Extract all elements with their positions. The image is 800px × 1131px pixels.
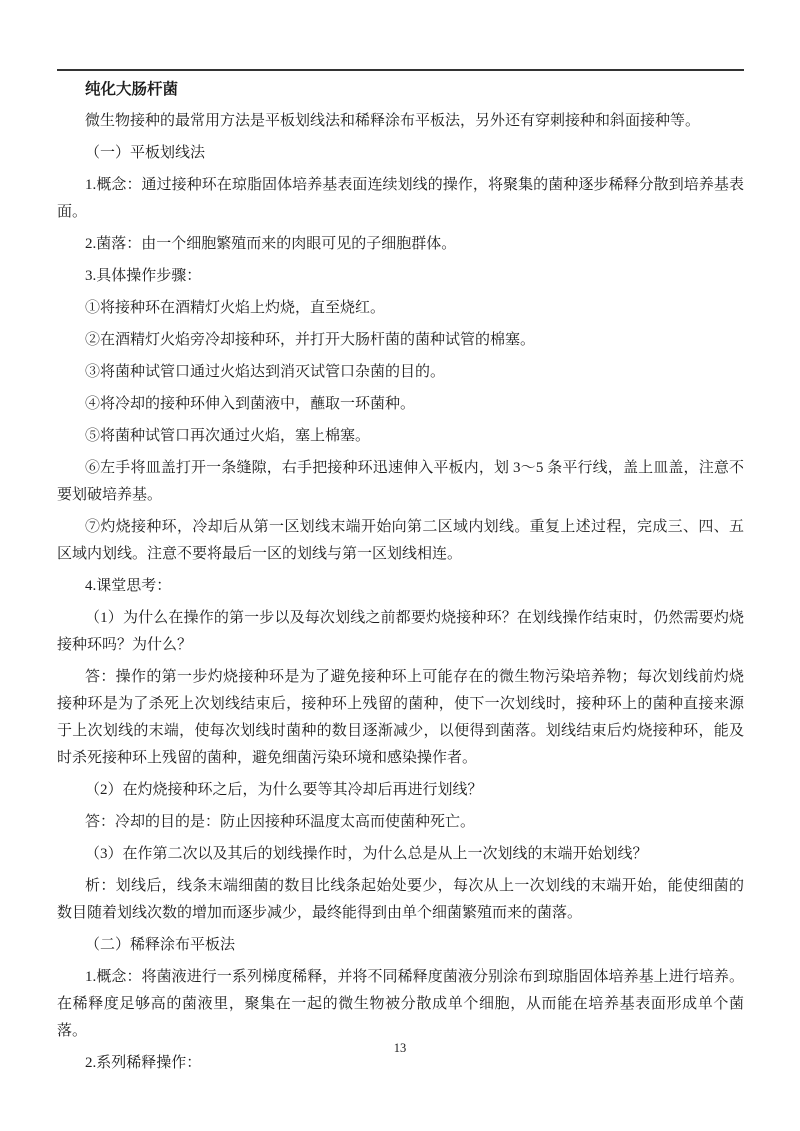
paragraph: 答：操作的第一步灼烧接种环是为了避免接种环上可能存在的微生物污染培养物；每次划线… xyxy=(57,664,744,772)
paragraph: ⑥左手将皿盖打开一条缝隙，右手把接种环迅速伸入平板内，划 3～5 条平行线，盖上… xyxy=(57,455,744,509)
paragraph: （一）平板划线法 xyxy=(57,140,744,167)
paragraph: 析：划线后，线条末端细菌的数目比线条起始处要少，每次从上一次划线的末端开始，能使… xyxy=(57,873,744,927)
document-body: 微生物接种的最常用方法是平板划线法和稀释涂布平板法，另外还有穿刺接种和斜面接种等… xyxy=(57,108,744,1077)
paragraph: 4.课堂思考： xyxy=(57,573,744,600)
paragraph: 1.概念：通过接种环在琼脂固体培养基表面连续划线的操作，将聚集的菌种逐步稀释分散… xyxy=(57,172,744,226)
paragraph: ⑤将菌种试管口再次通过火焰，塞上棉塞。 xyxy=(57,423,744,450)
paragraph: （2）在灼烧接种环之后，为什么要等其冷却后再进行划线？ xyxy=(57,777,744,804)
paragraph: （3）在作第二次以及其后的划线操作时，为什么总是从上一次划线的末端开始划线？ xyxy=(57,841,744,868)
document-title: 纯化大肠杆菌 xyxy=(57,76,744,103)
paragraph: ⑦灼烧接种环，冷却后从第一区划线末端开始向第二区域内划线。重复上述过程，完成三、… xyxy=(57,514,744,568)
paragraph: ④将冷却的接种环伸入到菌液中，蘸取一环菌种。 xyxy=(57,391,744,418)
paragraph: ③将菌种试管口通过火焰达到消灭试管口杂菌的目的。 xyxy=(57,359,744,386)
paragraph: （二）稀释涂布平板法 xyxy=(57,932,744,959)
paragraph: ②在酒精灯火焰旁冷却接种环，并打开大肠杆菌的菌种试管的棉塞。 xyxy=(57,327,744,354)
paragraph: 3.具体操作步骤： xyxy=(57,263,744,290)
document-content: 纯化大肠杆菌 微生物接种的最常用方法是平板划线法和稀释涂布平板法，另外还有穿刺接… xyxy=(57,76,744,1082)
paragraph: ①将接种环在酒精灯火焰上灼烧，直至烧红。 xyxy=(57,295,744,322)
header-rule xyxy=(57,69,744,71)
paragraph: 1.概念：将菌液进行一系列梯度稀释，并将不同稀释度菌液分别涂布到琼脂固体培养基上… xyxy=(57,964,744,1045)
document-page: 纯化大肠杆菌 微生物接种的最常用方法是平板划线法和稀释涂布平板法，另外还有穿刺接… xyxy=(0,0,800,1131)
paragraph: 答：冷却的目的是：防止因接种环温度太高而使菌种死亡。 xyxy=(57,809,744,836)
paragraph: （1）为什么在操作的第一步以及每次划线之前都要灼烧接种环？在划线操作结束时，仍然… xyxy=(57,605,744,659)
paragraph: 2.菌落：由一个细胞繁殖而来的肉眼可见的子细胞群体。 xyxy=(57,231,744,258)
paragraph: 微生物接种的最常用方法是平板划线法和稀释涂布平板法，另外还有穿刺接种和斜面接种等… xyxy=(57,108,744,135)
page-number: 13 xyxy=(0,1041,800,1056)
